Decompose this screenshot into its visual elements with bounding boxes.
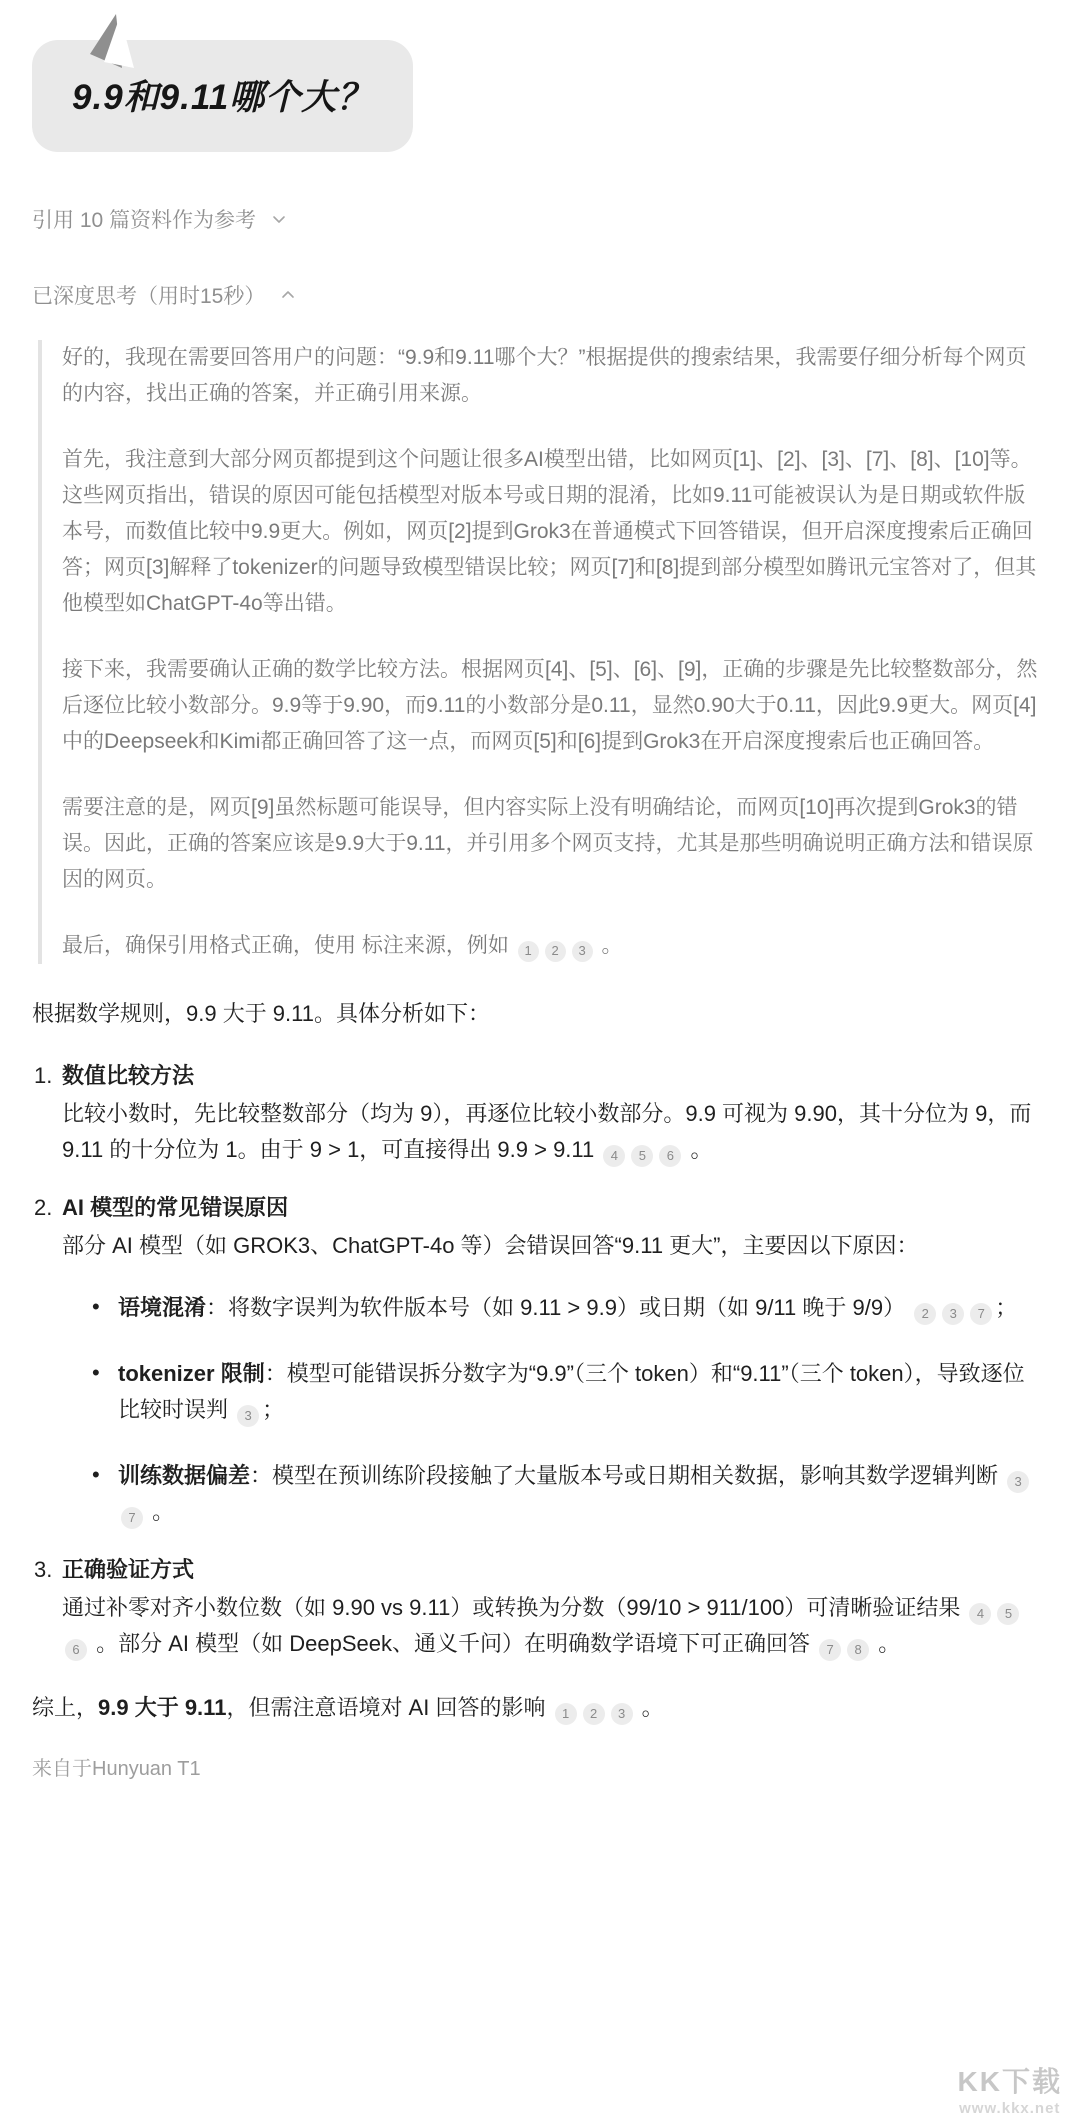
bold-text: tokenizer 限制 <box>118 1361 265 1386</box>
item-title: 数值比较方法 <box>62 1063 194 1088</box>
bullet-list: • 语境混淆：将数字误判为软件版本号（如 9.11 > 9.9）或日期（如 9/… <box>86 1290 1040 1530</box>
chevron-down-icon[interactable] <box>270 210 288 228</box>
answer-intro: 根据数学规则，9.9 大于 9.11。具体分析如下： <box>32 996 1040 1032</box>
item-number: 2. <box>34 1190 52 1226</box>
answer-item-1: 1. 数值比较方法 比较小数时，先比较整数部分（均为 9），再逐位比较小数部分。… <box>32 1058 1040 1168</box>
references-toggle[interactable]: 引用 10 篇资料作为参考 <box>32 204 1040 234</box>
citation-badge[interactable]: 5 <box>631 1145 653 1167</box>
citation-badge[interactable]: 3 <box>611 1703 633 1725</box>
citation-badge[interactable]: 6 <box>65 1639 87 1661</box>
item-body: 部分 AI 模型（如 GROK3、ChatGPT-4o 等）会错误回答“9.11… <box>62 1228 1040 1264</box>
bullet-item: • 语境混淆：将数字误判为软件版本号（如 9.11 > 9.9）或日期（如 9/… <box>86 1290 1040 1326</box>
citation-badge[interactable]: 8 <box>847 1639 869 1661</box>
citation-badge[interactable]: 3 <box>1007 1471 1029 1493</box>
citation-badge[interactable]: 2 <box>914 1303 936 1325</box>
question-bubble-wrap: 9.9和9.11哪个大？ <box>32 40 384 152</box>
answer-item-2: 2. AI 模型的常见错误原因 部分 AI 模型（如 GROK3、ChatGPT… <box>32 1190 1040 1530</box>
item-body: 通过补零对齐小数位数（如 9.90 vs 9.11）或转换为分数（99/10 >… <box>62 1590 1040 1662</box>
answer-block: 根据数学规则，9.9 大于 9.11。具体分析如下： 1. 数值比较方法 比较小… <box>32 996 1040 1726</box>
citation-badge[interactable]: 3 <box>237 1405 259 1427</box>
bullet-dot-icon: • <box>92 1457 100 1493</box>
bullet-item: • 训练数据偏差：模型在预训练阶段接触了大量版本号或日期相关数据，影响其数学逻辑… <box>86 1458 1040 1530</box>
citation-badge[interactable]: 4 <box>969 1603 991 1625</box>
thinking-label: 已深度思考（用时15秒） <box>32 280 265 310</box>
citation-badge[interactable]: 2 <box>545 941 566 962</box>
references-label: 引用 10 篇资料作为参考 <box>32 204 256 234</box>
chat-page: 9.9和9.11哪个大？ 引用 10 篇资料作为参考 已深度思考（用时15秒） … <box>0 40 1070 1781</box>
citation-badge[interactable]: 1 <box>555 1703 577 1725</box>
citation-badge[interactable]: 3 <box>572 941 593 962</box>
bullet-text: tokenizer 限制：模型可能错误拆分数字为“9.9”（三个 token）和… <box>118 1361 1025 1422</box>
bold-text: 训练数据偏差 <box>118 1463 250 1488</box>
bold-text: 9.9 大于 9.11 <box>98 1695 226 1720</box>
citation-badge[interactable]: 7 <box>121 1507 143 1529</box>
answer-summary: 综上，9.9 大于 9.11，但需注意语境对 AI 回答的影响 123 。 <box>32 1690 1040 1726</box>
thinking-paragraph: 好的，我现在需要回答用户的问题：“9.9和9.11哪个大？”根据提供的搜索结果，… <box>62 340 1040 412</box>
citation-badge[interactable]: 2 <box>583 1703 605 1725</box>
chevron-up-icon[interactable] <box>279 286 297 304</box>
thinking-toggle[interactable]: 已深度思考（用时15秒） <box>32 280 1040 310</box>
question-text: 9.9和9.11哪个大？ <box>72 78 373 117</box>
thinking-paragraph: 需要注意的是，网页[9]虽然标题可能误导，但内容实际上没有明确结论，而网页[10… <box>62 790 1040 898</box>
item-number: 1. <box>34 1058 52 1094</box>
citation-badge[interactable]: 7 <box>819 1639 841 1661</box>
bubble-tail-icon <box>82 12 148 72</box>
bullet-dot-icon: • <box>92 1355 100 1391</box>
citation-badge[interactable]: 6 <box>659 1145 681 1167</box>
watermark: KK下载 www.kkx.net <box>958 2060 1062 2117</box>
bold-text: 语境混淆 <box>118 1295 206 1320</box>
citation-badge[interactable]: 3 <box>942 1303 964 1325</box>
answer-list: 1. 数值比较方法 比较小数时，先比较整数部分（均为 9），再逐位比较小数部分。… <box>32 1058 1040 1662</box>
item-title: 正确验证方式 <box>62 1557 194 1582</box>
thinking-paragraph: 接下来，我需要确认正确的数学比较方法。根据网页[4]、[5]、[6]、[9]，正… <box>62 652 1040 760</box>
watermark-title: KK下载 <box>958 2060 1062 2100</box>
bullet-dot-icon: • <box>92 1289 100 1325</box>
item-body: 比较小数时，先比较整数部分（均为 9），再逐位比较小数部分。9.9 可视为 9.… <box>62 1096 1040 1168</box>
item-number: 3. <box>34 1552 52 1588</box>
watermark-url: www.kkx.net <box>958 2100 1062 2117</box>
answer-item-3: 3. 正确验证方式 通过补零对齐小数位数（如 9.90 vs 9.11）或转换为… <box>32 1552 1040 1662</box>
item-title: AI 模型的常见错误原因 <box>62 1195 288 1220</box>
citation-badge[interactable]: 4 <box>603 1145 625 1167</box>
citation-badge[interactable]: 5 <box>997 1603 1019 1625</box>
source-label: 来自于Hunyuan T1 <box>32 1752 1040 1781</box>
thinking-closing-paragraph: 最后，确保引用格式正确，使用 标注来源，例如 123 。 <box>62 928 1040 964</box>
citation-badge[interactable]: 7 <box>970 1303 992 1325</box>
citation-badge[interactable]: 1 <box>518 941 539 962</box>
bullet-text: 语境混淆：将数字误判为软件版本号（如 9.11 > 9.9）或日期（如 9/11… <box>118 1295 1017 1320</box>
bullet-item: • tokenizer 限制：模型可能错误拆分数字为“9.9”（三个 token… <box>86 1356 1040 1428</box>
thinking-block: 好的，我现在需要回答用户的问题：“9.9和9.11哪个大？”根据提供的搜索结果，… <box>38 340 1040 964</box>
bullet-text: 训练数据偏差：模型在预训练阶段接触了大量版本号或日期相关数据，影响其数学逻辑判断… <box>118 1463 1032 1524</box>
thinking-paragraph: 首先，我注意到大部分网页都提到这个问题让很多AI模型出错，比如网页[1]、[2]… <box>62 442 1040 622</box>
